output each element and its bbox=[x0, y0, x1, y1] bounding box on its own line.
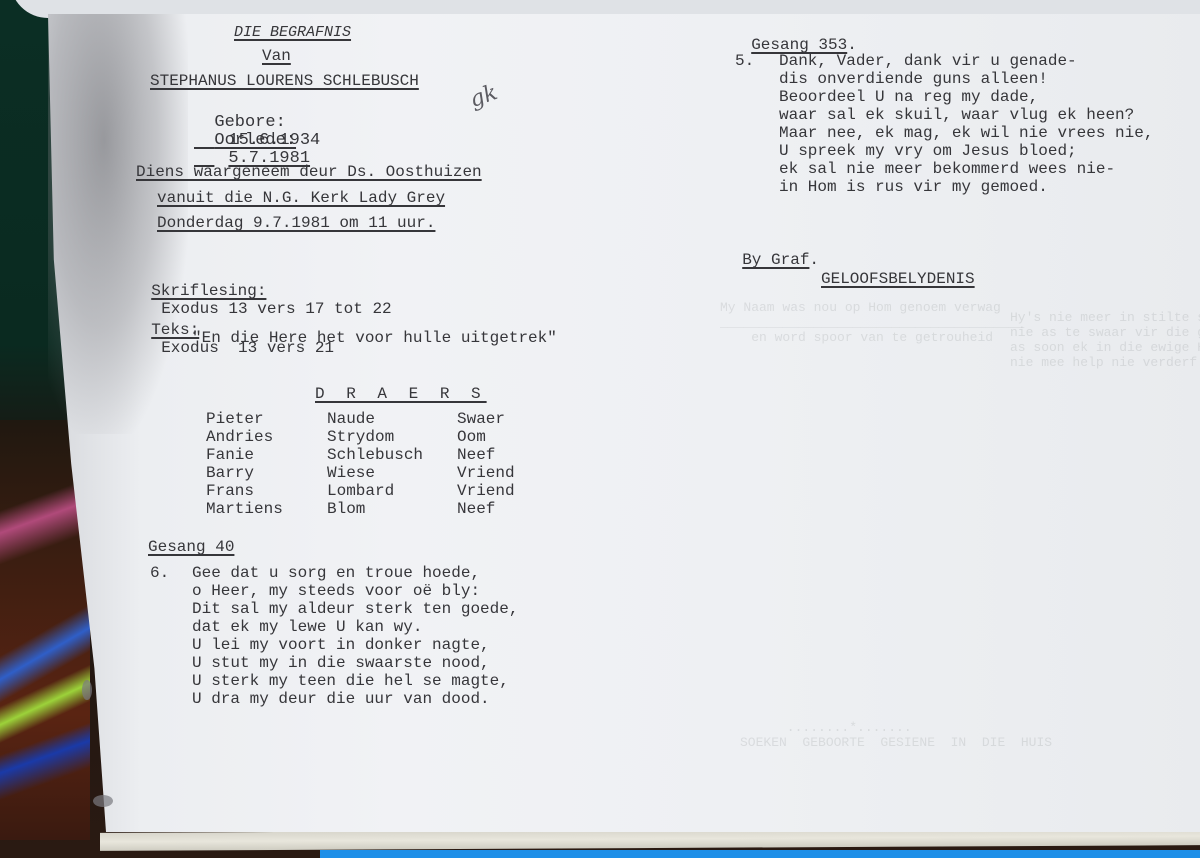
bearer-row: PieterNaudeSwaer bbox=[206, 410, 537, 428]
deceased-name: STEPHANUS LOURENS SCHLEBUSCH bbox=[150, 72, 419, 90]
bearer-relation: Vriend bbox=[457, 464, 537, 482]
bearers-table: PieterNaudeSwaerAndriesStrydomOomFanieSc… bbox=[206, 410, 537, 518]
text-quote: "En die Here het voor hulle uitgetrek" bbox=[192, 329, 557, 347]
lyric-line: Dank, Vader, dank vir u genade- bbox=[779, 52, 1153, 70]
lyric-line: o Heer, my steeds voor oë bly: bbox=[192, 582, 518, 600]
van-label: Van bbox=[262, 47, 291, 65]
hymn1-verse-number: 6. bbox=[150, 564, 169, 582]
graveside-suffix: . bbox=[809, 251, 819, 269]
hymn1-lyrics: Gee dat u sorg en troue hoede,o Heer, my… bbox=[192, 564, 518, 708]
bearer-first-name: Frans bbox=[206, 482, 327, 500]
bearer-first-name: Barry bbox=[206, 464, 327, 482]
lyric-line: waar sal ek skuil, waar vlug ek heen? bbox=[779, 106, 1153, 124]
bearer-relation: Oom bbox=[457, 428, 537, 446]
lyric-line: U dra my deur die uur van dood. bbox=[192, 690, 518, 708]
lyric-line: U spreek my vry om Jesus bloed; bbox=[779, 142, 1153, 160]
hymn2-heading: Gesang 353. bbox=[732, 18, 857, 54]
bearer-relation: Swaer bbox=[457, 410, 537, 428]
bearer-row: AndriesStrydomOom bbox=[206, 428, 537, 446]
document-title: DIE BEGRAFNIS bbox=[234, 24, 351, 42]
hymn1-title: Gesang 40 bbox=[148, 538, 234, 556]
graveside-heading: By Graf. bbox=[723, 233, 819, 269]
lyric-line: U lei my voort in donker nagte, bbox=[192, 636, 518, 654]
lyric-line: Dit sal my aldeur sterk ten goede, bbox=[192, 600, 518, 618]
lyric-line: Beoordeel U na reg my dade, bbox=[779, 88, 1153, 106]
bearer-first-name: Andries bbox=[206, 428, 327, 446]
smudge-mark bbox=[93, 795, 113, 807]
lyric-line: in Hom is rus vir my gemoed. bbox=[779, 178, 1153, 196]
graveside-label: By Graf bbox=[742, 251, 809, 269]
bearer-relation: Neef bbox=[457, 446, 537, 464]
service-line-1: Diens waargeneem deur Ds. Oosthuizen bbox=[136, 163, 482, 181]
bearer-first-name: Martiens bbox=[206, 500, 327, 518]
service-line-3: Donderdag 9.7.1981 om 11 uur. bbox=[157, 214, 435, 232]
bearer-surname: Strydom bbox=[327, 428, 457, 446]
creed-heading: GELOOFSBELYDENIS bbox=[821, 270, 975, 288]
hymn2-verse-number: 5. bbox=[735, 52, 754, 70]
bearer-row: BarryWieseVriend bbox=[206, 464, 537, 482]
hymn2-lyrics: Dank, Vader, dank vir u genade-dis onver… bbox=[779, 52, 1153, 196]
died-label: Oorlede: bbox=[214, 131, 296, 150]
bearer-relation: Neef bbox=[457, 500, 537, 518]
bearer-surname: Blom bbox=[327, 500, 457, 518]
bearer-row: FanieSchlebuschNeef bbox=[206, 446, 537, 464]
lyric-line: ek sal nie meer bekommerd wees nie- bbox=[779, 160, 1153, 178]
bearer-first-name: Fanie bbox=[206, 446, 327, 464]
bearer-surname: Naude bbox=[327, 410, 457, 428]
bearer-relation: Vriend bbox=[457, 482, 537, 500]
service-date: Donderdag 9.7.1981 om 11 uur. bbox=[157, 214, 435, 232]
lyric-line: Maar nee, ek mag, ek wil nie vrees nie, bbox=[779, 124, 1153, 142]
bearer-row: MartiensBlomNeef bbox=[206, 500, 537, 518]
smudge-mark bbox=[82, 680, 92, 700]
bearer-surname: Lombard bbox=[327, 482, 457, 500]
lyric-line: dis onverdiende guns alleen! bbox=[779, 70, 1153, 88]
lyric-line: dat ek my lewe U kan wy. bbox=[192, 618, 518, 636]
service-line-2: vanuit die N.G. Kerk Lady Grey bbox=[157, 189, 445, 207]
scripture-label: Skriflesing: bbox=[151, 282, 266, 300]
blue-surface bbox=[320, 850, 1200, 858]
bearer-first-name: Pieter bbox=[206, 410, 327, 428]
lyric-line: U sterk my teen die hel se magte, bbox=[192, 672, 518, 690]
bearers-title: D R A E R S bbox=[315, 385, 487, 403]
lyric-line: U stut my in die swaarste nood, bbox=[192, 654, 518, 672]
bearer-surname: Schlebusch bbox=[327, 446, 457, 464]
lyric-line: Gee dat u sorg en troue hoede, bbox=[192, 564, 518, 582]
bearer-surname: Wiese bbox=[327, 464, 457, 482]
died-row: Oorlede: 5.7.1981 bbox=[194, 114, 310, 168]
bearer-row: FransLombardVriend bbox=[206, 482, 537, 500]
